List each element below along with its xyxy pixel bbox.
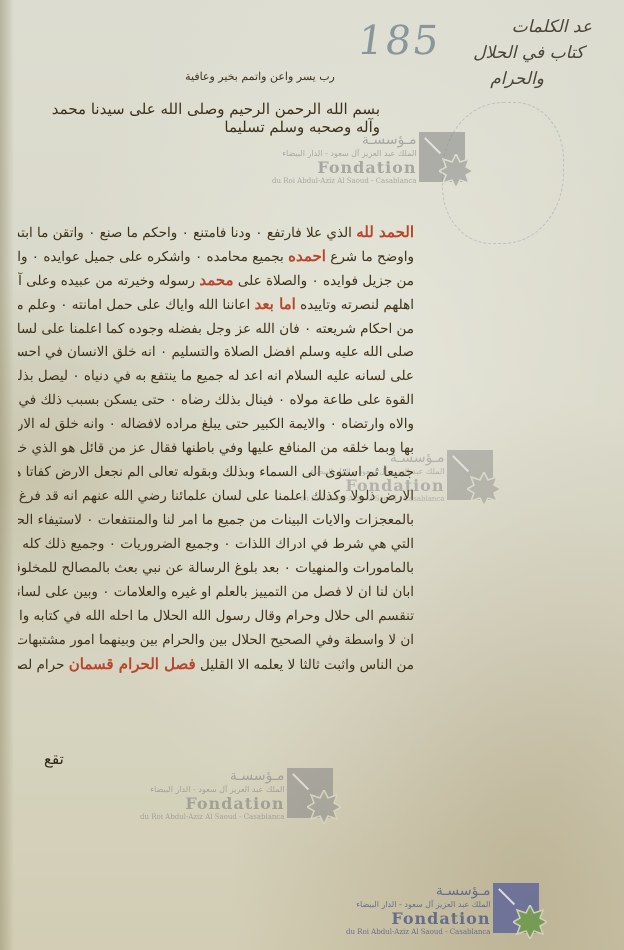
main-text-block: الحمد لله الذي علا فارتفع ۰ ودنا فامتنع … (18, 220, 414, 676)
text-line: القوة على طاعة مولاه ۰ فينال بذلك رضاه ۰… (18, 388, 414, 412)
text-line: بالمامورات والمنهيات ۰ بعد بلوغ الرسالة … (18, 556, 414, 580)
margin-note-line: والحرام (442, 66, 592, 92)
watermark-logo: مـؤسسـة الملك عبد العزيز آل سعود - الدار… (272, 132, 465, 186)
text-line: والاه وارتضاه ۰ والايمة الكبير حتى يبلغ … (18, 412, 414, 436)
text-line: من جزيل فوايده ۰ والصلاة على محمد رسوله … (18, 268, 414, 292)
rubric: محمد (199, 271, 233, 289)
rubric: الحمد لله (356, 223, 414, 241)
text-line: الحمد لله الذي علا فارتفع ۰ ودنا فامتنع … (18, 220, 414, 244)
text-line: من احكام شريعته ۰ فان الله عز وجل بفضله … (18, 316, 414, 340)
foundation-emblem-icon (493, 883, 539, 933)
text-line: ان لا واسطة وفي الصحيح الحلال بين والحرا… (18, 628, 414, 652)
text-line: واوضح ما شرع احمده بجميع محامده ۰ واشكره… (18, 244, 414, 268)
rubric: فصل الحرام قسمان (69, 655, 196, 673)
margin-note-line: عد الكلمات (442, 14, 592, 40)
rubric: اما بعد (255, 295, 296, 313)
text-line: اهلهم لنصرته وتاييده اما بعد اعاننا الله… (18, 292, 414, 316)
rubric: احمده (288, 247, 326, 265)
text-line: ابان لنا ان لا فصل من التمييز بالعلم او … (18, 580, 414, 604)
binding-gutter (0, 0, 14, 950)
text-line: صلى الله عليه وسلم افضل الصلاة والتسليم … (18, 340, 414, 364)
text-line: بالمعجزات والايات البينات من جميع ما امر… (18, 508, 414, 532)
foundation-emblem-icon (287, 768, 333, 818)
text-line: من الناس واثبت ثالثا لا يعلمه الا القليل… (18, 652, 414, 676)
text-line: تنقسم الى حلال وحرام وقال رسول الله الحل… (18, 604, 414, 628)
catchword: تقع (44, 750, 64, 768)
invocation-line: رب يسر واعن واتمم بخير وعافية (140, 70, 380, 83)
margin-note: عد الكلمات كتاب في الحلال والحرام (442, 14, 592, 92)
basmala-line: بسم الله الرحمن الرحيم وصلى الله على سيد… (40, 100, 380, 136)
margin-note-line: كتاب في الحلال (442, 40, 592, 66)
watermark-logo: مـؤسسـة الملك عبد العزيز آل سعود - الدار… (300, 450, 493, 504)
text-line: على لسانه عليه السلام انه اعد له جميع ما… (18, 364, 414, 388)
watermark-logo-color: مـؤسسـة الملك عبد العزيز آل سعود - الدار… (346, 883, 539, 937)
text-line: التي هي شرط في ادراك اللذات ۰ وجميع الضر… (18, 532, 414, 556)
manuscript-page: 185 عد الكلمات كتاب في الحلال والحرام رب… (0, 0, 624, 950)
folio-number: 185 (355, 18, 444, 64)
foundation-emblem-icon (419, 132, 465, 182)
watermark-logo: مـؤسسـة الملك عبد العزيز آل سعود - الدار… (140, 768, 333, 822)
foundation-emblem-icon (447, 450, 493, 500)
